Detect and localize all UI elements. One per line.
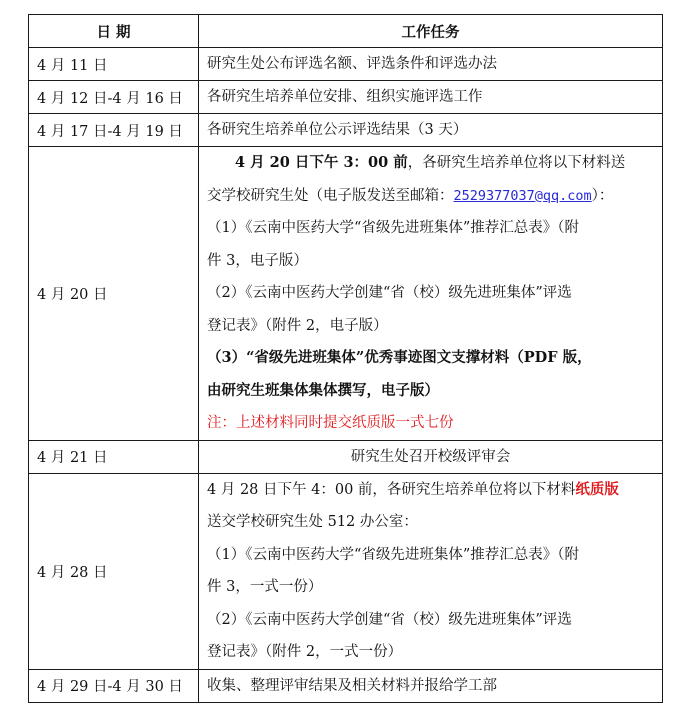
task-line: （2）《云南中医药大学创建“省（校）级先进班集体”评选 bbox=[207, 277, 654, 310]
schedule-table: 日 期 工作任务 4 月 11 日 研究生处公布评选名额、评选条件和评选办法 4… bbox=[28, 14, 663, 703]
task-text: 交学校研究生处（电子版发送至邮箱： bbox=[207, 188, 454, 204]
task-line: （1）《云南中医药大学“省级先进班集体”推荐汇总表》（附 bbox=[207, 539, 654, 572]
table-row: 4 月 12 日-4 月 16 日 各研究生培养单位安排、组织实施评选工作 bbox=[29, 81, 663, 114]
task-line: 送交学校研究生处 512 办公室： bbox=[207, 506, 654, 539]
task-line: 件 3，电子版） bbox=[207, 245, 654, 278]
task-line: 交学校研究生处（电子版发送至邮箱：2529377037@qq.com）： bbox=[207, 180, 654, 213]
table-row: 4 月 21 日 研究生处召开校级评审会 bbox=[29, 440, 663, 473]
task-text: 4 月 28 日下午 4：00 前，各研究生培养单位将以下材料 bbox=[207, 482, 575, 498]
row-task: 研究生处公布评选名额、评选条件和评选办法 bbox=[199, 48, 663, 81]
table-row: 4 月 11 日 研究生处公布评选名额、评选条件和评选办法 bbox=[29, 48, 663, 81]
table-row: 4 月 28 日 4 月 28 日下午 4：00 前，各研究生培养单位将以下材料… bbox=[29, 473, 663, 669]
table-row: 4 月 29 日-4 月 30 日 收集、整理评审结果及相关材料并报给学工部 bbox=[29, 669, 663, 702]
row-task: 各研究生培养单位安排、组织实施评选工作 bbox=[199, 81, 663, 114]
row-date: 4 月 11 日 bbox=[29, 48, 199, 81]
task-line: 4 月 20 日下午 3：00 前，各研究生培养单位将以下材料送 bbox=[207, 147, 654, 180]
row-date: 4 月 20 日 bbox=[29, 147, 199, 441]
task-line: 4 月 28 日下午 4：00 前，各研究生培养单位将以下材料纸质版 bbox=[207, 474, 654, 507]
row-task: 收集、整理评审结果及相关材料并报给学工部 bbox=[199, 669, 663, 702]
task-text: ，各研究生培养单位将以下材料送 bbox=[408, 155, 626, 171]
row-date: 4 月 17 日-4 月 19 日 bbox=[29, 114, 199, 147]
row-date: 4 月 12 日-4 月 16 日 bbox=[29, 81, 199, 114]
row-date: 4 月 29 日-4 月 30 日 bbox=[29, 669, 199, 702]
row-date: 4 月 21 日 bbox=[29, 440, 199, 473]
task-line-bold: （3）“省级先进班集体”优秀事迹图文支撑材料（PDF 版， bbox=[207, 342, 654, 375]
header-row: 日 期 工作任务 bbox=[29, 15, 663, 48]
deadline-text: 4 月 20 日下午 3：00 前 bbox=[235, 154, 408, 171]
task-line: （2）《云南中医药大学创建“省（校）级先进班集体”评选 bbox=[207, 604, 654, 637]
task-text: ）： bbox=[592, 188, 614, 204]
email-link[interactable]: 2529377037@qq.com bbox=[454, 188, 592, 204]
row-date: 4 月 28 日 bbox=[29, 473, 199, 669]
task-line-bold: 由研究生班集体集体撰写，电子版） bbox=[207, 375, 654, 408]
row-task-detail: 4 月 20 日下午 3：00 前，各研究生培养单位将以下材料送 交学校研究生处… bbox=[199, 147, 663, 441]
row-task: 各研究生培养单位公示评选结果（3 天） bbox=[199, 114, 663, 147]
paper-version-highlight: 纸质版 bbox=[575, 481, 619, 498]
row-task-detail: 4 月 28 日下午 4：00 前，各研究生培养单位将以下材料纸质版 送交学校研… bbox=[199, 473, 663, 669]
note-text: 注：上述材料同时提交纸质版一式七份 bbox=[207, 407, 654, 440]
header-date: 日 期 bbox=[29, 15, 199, 48]
task-line: （1）《云南中医药大学“省级先进班集体”推荐汇总表》（附 bbox=[207, 212, 654, 245]
task-line: 件 3，一式一份） bbox=[207, 571, 654, 604]
table-row: 4 月 20 日 4 月 20 日下午 3：00 前，各研究生培养单位将以下材料… bbox=[29, 147, 663, 441]
table-row: 4 月 17 日-4 月 19 日 各研究生培养单位公示评选结果（3 天） bbox=[29, 114, 663, 147]
task-line: 登记表》（附件 2，电子版） bbox=[207, 310, 654, 343]
task-line: 登记表》（附件 2，一式一份） bbox=[207, 636, 654, 669]
header-task: 工作任务 bbox=[199, 15, 663, 48]
row-task: 研究生处召开校级评审会 bbox=[199, 440, 663, 473]
